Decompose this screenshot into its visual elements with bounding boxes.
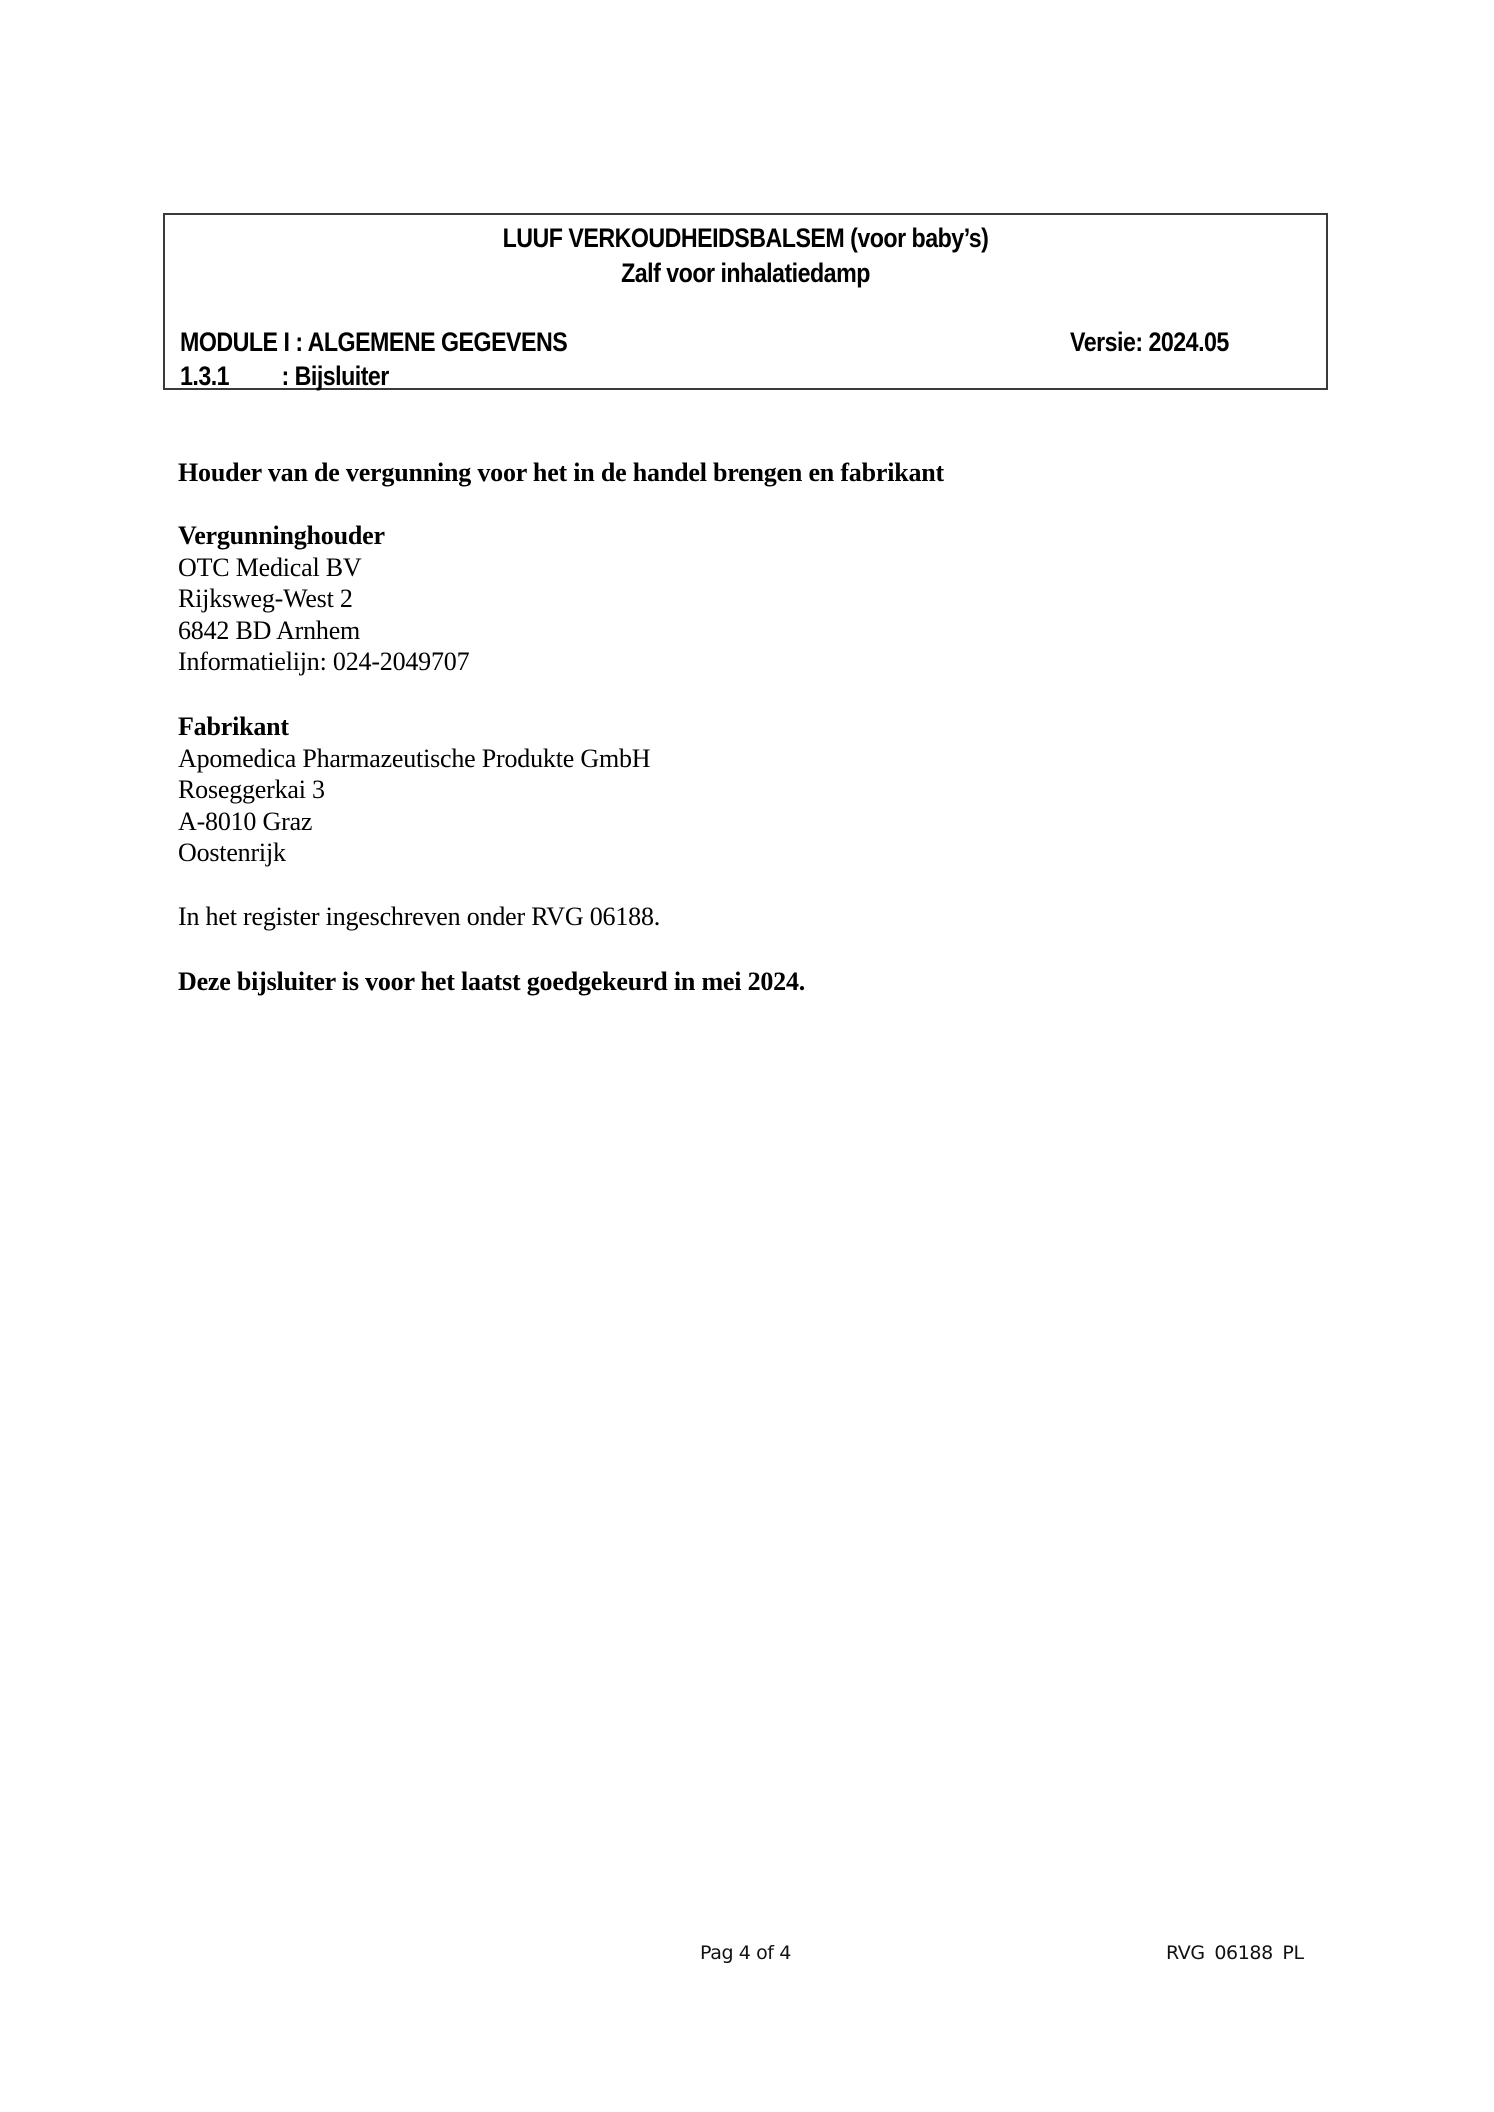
approval-text: Deze bijsluiter is voor het laatst goedg…	[178, 966, 805, 998]
section-title: : Bijsluiter	[281, 363, 388, 390]
manufacturer-line: A-8010 Graz	[178, 806, 650, 838]
holder-line: 6842 BD Arnhem	[178, 615, 469, 647]
product-subtitle: Zalf voor inhalatiedamp	[246, 260, 1244, 287]
section-heading: Houder van de vergunning voor het in de …	[178, 457, 944, 489]
section-number: 1.3.1	[180, 361, 229, 391]
registration-text: In het register ingeschreven onder RVG 0…	[178, 901, 660, 933]
product-title: LUUF VERKOUDHEIDSBALSEM (voor baby’s)	[246, 225, 1244, 252]
manufacturer-line: Roseggerkai 3	[178, 774, 650, 806]
manufacturer-block: Fabrikant Apomedica Pharmazeutische Prod…	[178, 711, 650, 869]
section-label: 1.3.1 : Bijsluiter	[180, 363, 229, 390]
holder-phone: Informatielijn: 024-2049707	[178, 646, 469, 678]
module-label: MODULE I : ALGEMENE GEGEVENS	[180, 329, 567, 356]
holder-line: OTC Medical BV	[178, 552, 469, 584]
manufacturer-line: Oostenrijk	[178, 837, 650, 869]
holder-block: Vergunninghouder OTC Medical BV Rijksweg…	[178, 520, 469, 678]
holder-line: Rijksweg-West 2	[178, 583, 469, 615]
holder-label: Vergunninghouder	[178, 520, 469, 552]
document-header: LUUF VERKOUDHEIDSBALSEM (voor baby’s) Za…	[163, 213, 1328, 390]
version-label: Versie: 2024.05	[1070, 329, 1229, 356]
document-reference: RVG 06188 PL	[1166, 1942, 1304, 1964]
manufacturer-line: Apomedica Pharmazeutische Produkte GmbH	[178, 743, 650, 775]
page-number: Pag 4 of 4	[700, 1942, 791, 1964]
manufacturer-label: Fabrikant	[178, 711, 650, 743]
